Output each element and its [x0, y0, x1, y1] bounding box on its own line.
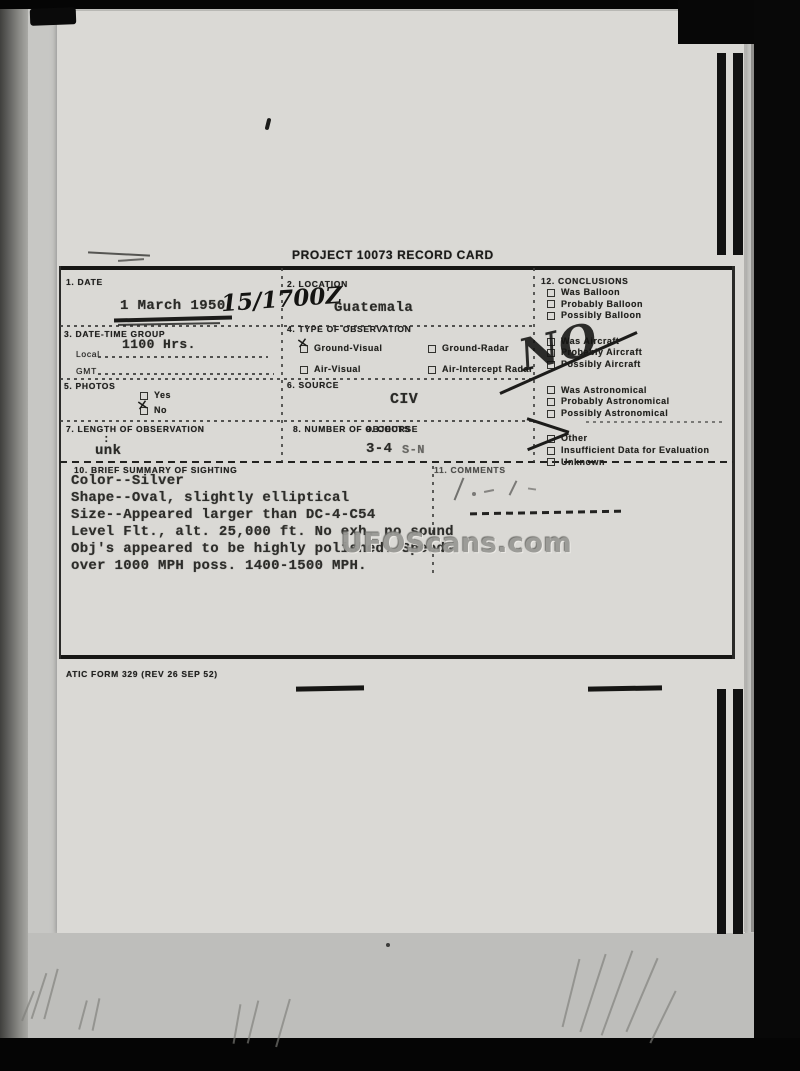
checkbox	[547, 289, 555, 297]
conclusion-option: Was Astronomical	[547, 385, 710, 397]
local-fill-line	[98, 356, 268, 358]
checkbox	[547, 410, 555, 418]
conclusion-option: Possibly Astronomical	[547, 408, 710, 420]
conclusion-option: Probably Balloon	[547, 299, 710, 311]
film-bar	[733, 53, 743, 255]
ink-dot	[386, 943, 390, 947]
card-border-top	[59, 266, 735, 270]
field-objects-value: 3-4	[366, 441, 392, 457]
field-length-value: unk	[95, 443, 121, 459]
scan-left-edge	[0, 9, 28, 1038]
field-dtg-local-value: 1100 Hrs.	[122, 337, 196, 352]
field-location-label: 2. LOCATION	[287, 279, 348, 289]
conclusion-option: Insufficient Data for Evaluation	[547, 445, 710, 457]
conclusion-option: Probably Astronomical	[547, 396, 710, 408]
checkbox	[300, 366, 308, 374]
obs-option-air-intercept-radar: Air-Intercept Radar	[428, 364, 533, 376]
checkbox	[547, 386, 555, 394]
checkbox	[547, 312, 555, 320]
film-bar	[717, 53, 726, 255]
obs-option-air-visual: Air-Visual	[300, 364, 361, 376]
conclusion-option: Was Balloon	[547, 287, 710, 299]
scanned-photo: PROJECT 10073 RECORD CARD 1. DATE 1 Marc…	[0, 0, 800, 1071]
photo-right-edge	[754, 0, 800, 1071]
obs-option-ground-radar: Ground-Radar	[428, 343, 509, 355]
field-photos-label: 5. PHOTOS	[64, 381, 116, 391]
summary-text: Color--Silver Shape--Oval, slightly elli…	[71, 473, 454, 575]
handwriting-stroke	[472, 492, 476, 496]
field-observation-label: 4. TYPE OF OBSERVATION	[287, 324, 412, 334]
summary-line: over 1000 MPH poss. 1400-1500 MPH.	[71, 558, 454, 575]
checkbox	[547, 447, 555, 455]
field-location-value: Guatemala	[334, 300, 413, 316]
checkbox	[428, 345, 436, 353]
checkbox	[547, 458, 555, 466]
summary-line: Shape--Oval, slightly elliptical	[71, 490, 454, 507]
field-course-value: S-N	[402, 443, 425, 457]
summary-line: Color--Silver	[71, 473, 454, 490]
film-bar	[733, 689, 743, 934]
film-bar	[717, 689, 726, 934]
conclusion-option: Other	[547, 433, 710, 445]
field-date-value: 1 March 1950	[120, 298, 226, 314]
field-length-label: 7. LENGTH OF OBSERVATION	[66, 424, 205, 434]
scan-artifact-blob	[30, 7, 77, 26]
field-date-label: 1. DATE	[66, 277, 103, 287]
form-number: ATIC FORM 329 (REV 26 SEP 52)	[66, 669, 218, 679]
page-fold-line	[744, 12, 746, 932]
summary-line: Size--Appeared larger than DC-4-C54	[71, 507, 454, 524]
card-title: PROJECT 10073 RECORD CARD	[292, 248, 494, 262]
photos-option-no: No	[140, 405, 167, 417]
field-dtg-local-label: Local	[76, 349, 100, 359]
gmt-fill-line	[98, 373, 274, 375]
field-comments-label: 11. COMMENTS	[434, 465, 506, 475]
row-divider	[60, 420, 533, 422]
photo-bottom-edge	[0, 1038, 800, 1071]
checkbox	[428, 366, 436, 374]
field-course-label: 9. COURSE	[366, 424, 418, 434]
obs-option-ground-visual: Ground-Visual	[300, 343, 382, 355]
conclusions-list: Was Balloon Probably Balloon Possibly Ba…	[547, 287, 710, 468]
conclusion-option: Unknown	[547, 457, 710, 469]
watermark: UFOScans.com	[341, 528, 572, 559]
field-source-value: CIV	[390, 391, 418, 408]
checkbox	[140, 407, 148, 415]
checkbox	[547, 300, 555, 308]
checkbox	[547, 398, 555, 406]
field-conclusions-label: 12. CONCLUSIONS	[541, 276, 629, 286]
field-source-label: 6. SOURCE	[287, 380, 339, 390]
checkbox	[300, 345, 308, 353]
card-border-bottom	[59, 655, 735, 659]
other-fill-line	[586, 421, 726, 423]
field-dtg-gmt-label: GMT	[76, 366, 97, 376]
